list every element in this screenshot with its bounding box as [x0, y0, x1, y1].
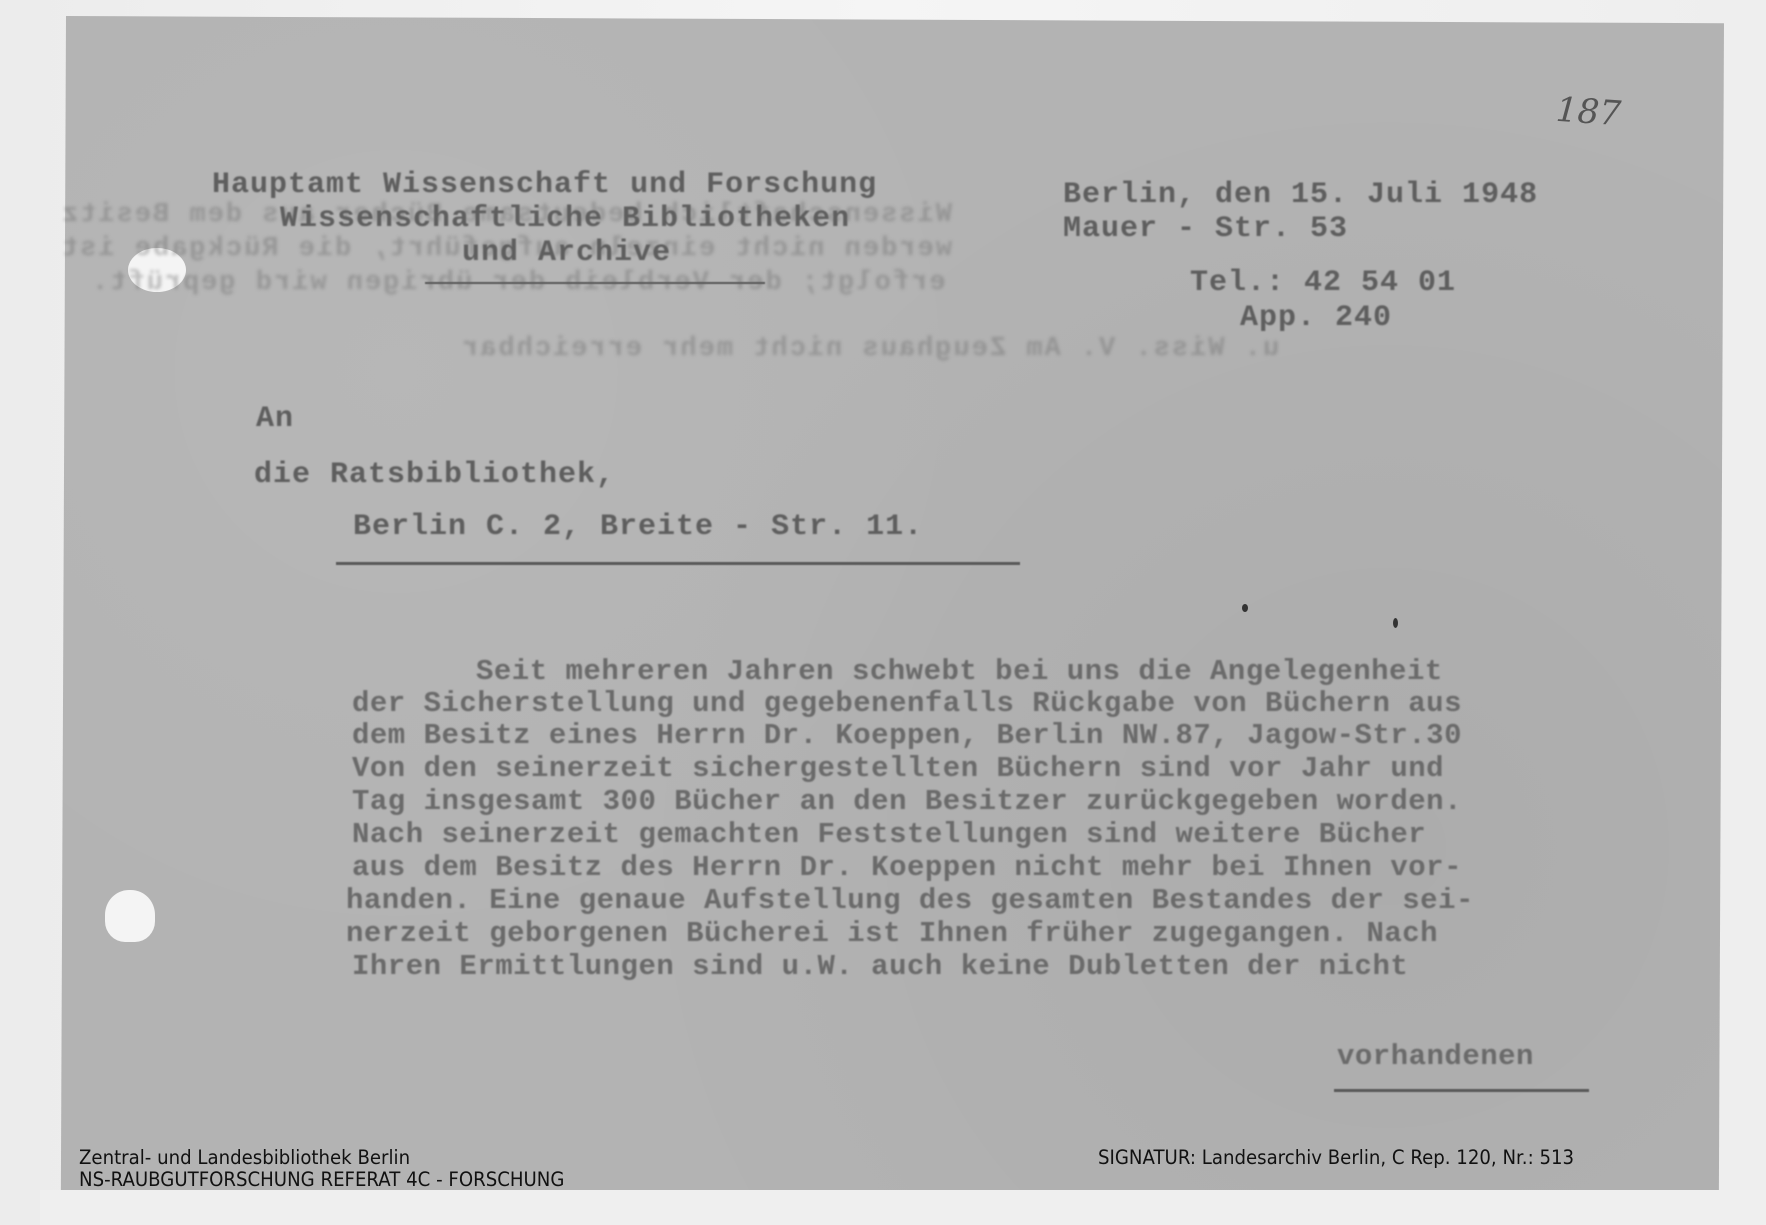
recipient-salutation: An	[256, 402, 294, 436]
body-line: der Sicherstellung und gegebenenfalls Rü…	[352, 687, 1462, 720]
body-line: Nach seinerzeit gemachten Feststellungen…	[352, 818, 1426, 851]
body-line: Tag insgesamt 300 Bücher an den Besitzer…	[352, 785, 1462, 818]
archive-signature: SIGNATUR: Landesarchiv Berlin, C Rep. 12…	[1098, 1146, 1574, 1169]
address-underline	[336, 562, 1020, 565]
recipient-address: Berlin C. 2, Breite - Str. 11.	[353, 510, 923, 544]
bleed-through-line: u. Wiss. V. Am Zeughaus nicht mehr errei…	[460, 334, 1279, 364]
archive-institution: Zentral- und Landesbibliothek Berlin	[79, 1146, 410, 1169]
archive-department: NS-RAUBGUTFORSCHUNG REFERAT 4C - FORSCHU…	[79, 1168, 564, 1191]
page-number: 187	[1555, 90, 1623, 134]
body-line: handen. Eine genaue Aufstellung des gesa…	[346, 884, 1474, 917]
ink-speck	[1242, 604, 1248, 612]
sender-extension: App. 240	[1240, 301, 1392, 335]
catchword: vorhandenen	[1337, 1040, 1534, 1073]
letter-date: Berlin, den 15. Juli 1948	[1063, 178, 1538, 212]
body-line: aus dem Besitz des Herrn Dr. Koeppen nic…	[352, 851, 1462, 884]
sender-phone: Tel.: 42 54 01	[1190, 266, 1456, 300]
punch-hole-bottom	[105, 890, 155, 942]
body-line: Seit mehreren Jahren schwebt bei uns die…	[476, 655, 1443, 688]
body-line: dem Besitz eines Herrn Dr. Koeppen, Berl…	[352, 719, 1462, 752]
recipient-name: die Ratsbibliothek,	[254, 458, 615, 492]
ink-speck	[1393, 618, 1398, 628]
letterhead-line-1: Hauptamt Wissenschaft und Forschung	[212, 168, 877, 202]
sender-street: Mauer - Str. 53	[1063, 212, 1348, 246]
body-line: Von den seinerzeit sichergestellten Büch…	[352, 752, 1444, 785]
body-line: Ihren Ermittlungen sind u.W. auch keine …	[352, 950, 1408, 983]
letterhead-line-2: Wissenschaftliche Bibliotheken	[280, 202, 850, 236]
paper-torn-edge	[40, 1190, 1766, 1225]
catchword-underline	[1334, 1089, 1589, 1092]
body-line: nerzeit geborgenen Bücherei ist Ihnen fr…	[346, 917, 1438, 950]
letterhead-line-3: und Archive	[462, 236, 671, 270]
letterhead-rule	[425, 282, 765, 284]
